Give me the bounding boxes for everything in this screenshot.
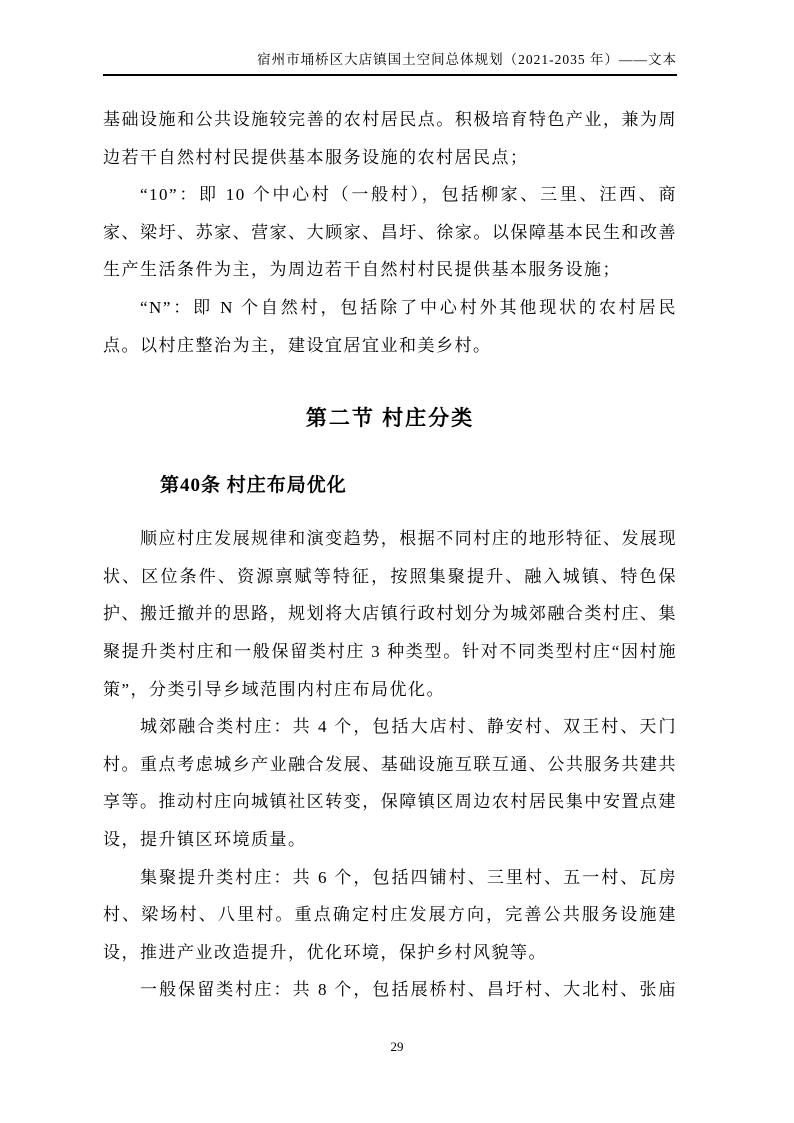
paragraph-cluster-upgrade-villages: 集聚提升类村庄：共 6 个，包括四铺村、三里村、五一村、瓦房村、梁场村、八里村。… xyxy=(103,859,677,972)
paragraph-village-classification-overview: 顺应村庄发展规律和演变趋势，根据不同村庄的地形特征、发展现状、区位条件、资源禀赋… xyxy=(103,520,677,708)
paragraph-central-villages: “10”：即 10 个中心村（一般村），包括柳家、三里、汪西、商家、梁圩、苏家、… xyxy=(103,176,677,289)
paragraph-continued: 基础设施和公共设施较完善的农村居民点。积极培育特色产业，兼为周边若干自然村村民提… xyxy=(103,101,677,176)
page-number: 29 xyxy=(0,1038,794,1056)
paragraph-natural-villages: “N”：即 N 个自然村，包括除了中心村外其他现状的农村居民点。以村庄整治为主，… xyxy=(103,289,677,364)
page-header: 宿州市埇桥区大店镇国土空间总体规划（2021-2035 年）——文本 xyxy=(103,50,677,76)
document-page: 宿州市埇桥区大店镇国土空间总体规划（2021-2035 年）——文本 基础设施和… xyxy=(0,0,794,1123)
section-heading: 第二节 村庄分类 xyxy=(103,403,677,433)
paragraph-suburban-integration-villages: 城郊融合类村庄：共 4 个，包括大店村、静安村、双王村、天门村。重点考虑城乡产业… xyxy=(103,708,677,858)
page-content: 基础设施和公共设施较完善的农村居民点。积极培育特色产业，兼为周边若干自然村村民提… xyxy=(103,101,677,1009)
paragraph-general-reserved-villages: 一般保留类村庄：共 8 个，包括展桥村、昌圩村、大北村、张庙 xyxy=(103,971,677,1009)
article-heading: 第40条 村庄布局优化 xyxy=(103,473,677,499)
